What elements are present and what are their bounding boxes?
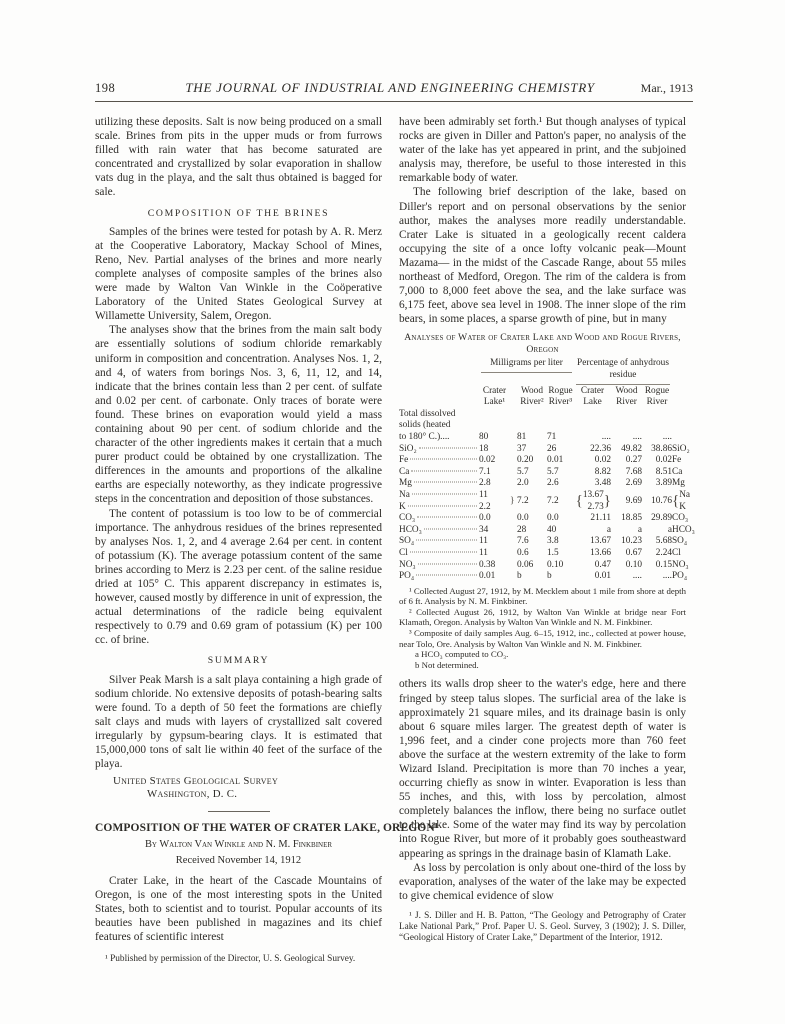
- row-label: CO₃: [399, 513, 415, 525]
- cell: 71: [547, 409, 574, 444]
- cell: 1.5: [547, 548, 574, 560]
- cell: 13.67: [583, 490, 604, 502]
- cell: 0.27: [611, 455, 642, 467]
- table-caption: Analyses of Water of Crater Lake and Woo…: [399, 332, 686, 355]
- dot-leader: [414, 482, 477, 483]
- cell: ....: [642, 409, 672, 444]
- signature-organization: United States Geological Survey: [113, 775, 382, 788]
- table-row: Total dissolved solids (heated to 180° C…: [399, 409, 698, 444]
- cell: 0.01: [574, 571, 611, 583]
- row-label: HCO₃: [399, 525, 422, 537]
- page-number: 198: [95, 81, 165, 96]
- row-symbol: NO₃: [672, 560, 698, 572]
- cell: 21.11: [574, 513, 611, 525]
- paragraph: have been admirably set forth.¹ But thou…: [399, 115, 686, 185]
- cell: 2.6: [547, 478, 574, 490]
- paragraph: others its walls drop sheer to the water…: [399, 677, 686, 860]
- cell: 7.2: [547, 490, 574, 513]
- cell: 0.15: [642, 560, 672, 572]
- table-caption-line2: Oregon: [526, 344, 558, 355]
- cell: 9.69: [611, 490, 642, 513]
- cell: 0.02: [574, 455, 611, 467]
- cell: b: [547, 571, 574, 583]
- group-underline: [481, 370, 572, 373]
- group-header-pct: Percentage of anhydrous residue: [574, 358, 672, 385]
- page-masthead: 198 THE JOURNAL OF INDUSTRIAL AND ENGINE…: [95, 80, 693, 102]
- section-heading: SUMMARY: [95, 654, 382, 668]
- page-footnote: ¹ J. S. Diller and H. B. Patton, “The Ge…: [399, 911, 686, 945]
- article-title: COMPOSITION OF THE WATER OF CRATER LAKE,…: [95, 821, 382, 835]
- column-header: Rogue River³: [547, 386, 574, 409]
- table-row: PO₄ 0.01 b b 0.01 .... .... PO₄: [399, 571, 698, 583]
- row-symbol: Mg: [672, 478, 698, 490]
- group-header-mg: Milligrams per liter: [479, 358, 574, 385]
- dot-leader: [408, 505, 477, 506]
- brace-glyph: {: [576, 494, 583, 509]
- row-symbol: HCO₃: [672, 525, 698, 537]
- journal-title: THE JOURNAL OF INDUSTRIAL AND ENGINEERIN…: [165, 80, 615, 96]
- row-label: K: [399, 502, 406, 514]
- paragraph: The analyses show that the brines from t…: [95, 323, 382, 506]
- cell: 0.0: [517, 513, 547, 525]
- received-date: Received November 14, 1912: [95, 854, 382, 868]
- cell: 2.73: [583, 502, 604, 514]
- cell: 7.1: [479, 467, 510, 479]
- table-row: SiO₂ 18 37 26 22.36 49.82 38.86 SiO₂: [399, 444, 698, 456]
- cell: 0.10: [547, 560, 574, 572]
- table-row: CO₃ 0.0 0.0 0.0 21.11 18.85 29.89 CO₃: [399, 513, 698, 525]
- table-row: Na 11 } 7.2 7.2 { 13.67 2.73 }: [399, 490, 698, 502]
- column-header: Crater Lake: [574, 386, 611, 409]
- brace-glyph: }: [510, 490, 517, 513]
- cell: 0.06: [517, 560, 547, 572]
- group-underline: [576, 382, 670, 385]
- row-label: Na: [399, 490, 410, 502]
- cell: 3.48: [574, 478, 611, 490]
- row-symbol: K: [679, 502, 690, 514]
- cell: 2.69: [611, 478, 642, 490]
- cell: a: [574, 525, 611, 537]
- cell: 34: [479, 525, 510, 537]
- paragraph: The content of potassium is too low to b…: [95, 507, 382, 648]
- cell: ....: [611, 571, 642, 583]
- column-header: Wood River: [611, 386, 642, 409]
- row-symbol: PO₄: [672, 571, 698, 583]
- cell: 29.89: [642, 513, 672, 525]
- dot-leader: [411, 470, 477, 471]
- table-footnote: ³ Composite of daily samples Aug. 6–15, …: [399, 628, 686, 649]
- cell: 37: [517, 444, 547, 456]
- table-column-header-row: Crater Lake¹ Wood River² Rogue River³ Cr…: [399, 386, 698, 409]
- signature-place: Washington, D. C.: [147, 788, 382, 801]
- row-symbol: SiO₂: [672, 444, 698, 456]
- row-symbol: Ca: [672, 467, 698, 479]
- table-row: NO₃ 0.38 0.06 0.10 0.47 0.10 0.15 NO₃: [399, 560, 698, 572]
- cell: 8.51: [642, 467, 672, 479]
- cell: 13.66: [574, 548, 611, 560]
- table-group-header-row: Milligrams per liter Percentage of anhyd…: [399, 358, 698, 385]
- dot-leader: [417, 517, 477, 518]
- two-column-body: utilizing these deposits. Salt is now be…: [95, 115, 693, 965]
- paragraph: utilizing these deposits. Salt is now be…: [95, 115, 382, 200]
- cell: 13.67: [574, 536, 611, 548]
- dot-leader: [412, 493, 477, 494]
- column-header: Crater Lake¹: [479, 386, 510, 409]
- cell: 11: [479, 490, 510, 502]
- journal-page: 198 THE JOURNAL OF INDUSTRIAL AND ENGINE…: [0, 0, 785, 1024]
- cell: 0.20: [517, 455, 547, 467]
- cell: ....: [642, 571, 672, 583]
- cell: 10.76: [642, 490, 672, 513]
- cell: 0.01: [547, 455, 574, 467]
- cell: 0.38: [479, 560, 510, 572]
- cell: 3.89: [642, 478, 672, 490]
- paragraph: Crater Lake, in the heart of the Cascade…: [95, 874, 382, 944]
- cell: 38.86: [642, 444, 672, 456]
- cell: 2.0: [517, 478, 547, 490]
- cell: 7.6: [517, 536, 547, 548]
- analyses-table: Milligrams per liter Percentage of anhyd…: [399, 358, 698, 582]
- cell: 5.7: [517, 467, 547, 479]
- cell: 0.0: [479, 513, 510, 525]
- row-symbol: CO₃: [672, 513, 698, 525]
- table-footnote: ² Collected August 26, 1912, by Walton V…: [399, 607, 686, 628]
- row-label: PO₄: [399, 571, 414, 583]
- table-footnote: a HCO₃ computed to CO₃.: [399, 649, 686, 660]
- row-label: Cl: [399, 548, 408, 560]
- cell: 40: [547, 525, 574, 537]
- table-caption-line1: Analyses of Water of Crater Lake and Woo…: [404, 332, 681, 343]
- article-divider: [208, 811, 270, 812]
- cell: 26: [547, 444, 574, 456]
- cell: 2.8: [479, 478, 510, 490]
- cell: 2.2: [479, 502, 510, 514]
- cell: 2.24: [642, 548, 672, 560]
- cell: 80: [479, 409, 510, 444]
- left-column: utilizing these deposits. Salt is now be…: [95, 115, 382, 965]
- cell: 0.10: [611, 560, 642, 572]
- dot-leader: [410, 551, 477, 552]
- table-footnote: ¹ Collected August 27, 1912, by M. Meckl…: [399, 586, 686, 607]
- cell: 11: [479, 548, 510, 560]
- table-row: HCO₃ 34 28 40 a a a HCO₃: [399, 525, 698, 537]
- row-label: NO₃: [399, 560, 416, 572]
- dot-leader: [416, 575, 477, 576]
- cell: 7.2: [517, 490, 547, 513]
- issue-date: Mar., 1913: [615, 81, 693, 96]
- paragraph: The following brief description of the l…: [399, 185, 686, 326]
- cell: ....: [574, 409, 611, 444]
- cell: 18.85: [611, 513, 642, 525]
- section-heading: COMPOSITION OF THE BRINES: [95, 207, 382, 221]
- table-footnotes: ¹ Collected August 27, 1912, by M. Meckl…: [399, 586, 686, 671]
- cell-group: { 13.67 2.73 }: [574, 490, 611, 513]
- cell: 3.8: [547, 536, 574, 548]
- cell: b: [517, 571, 547, 583]
- cell: 5.68: [642, 536, 672, 548]
- row-label: Ca: [399, 467, 409, 479]
- cell: 5.7: [547, 467, 574, 479]
- row-label: Total dissolved solids (heated to 180° C…: [399, 409, 479, 444]
- brace-glyph: }: [604, 494, 611, 509]
- row-symbol: Fe: [672, 455, 698, 467]
- cell: 8.82: [574, 467, 611, 479]
- row-symbol: Cl: [672, 548, 698, 560]
- paragraph: Samples of the brines were tested for po…: [95, 225, 382, 324]
- article-byline: By Walton Van Winkle and N. M. Finkbiner: [95, 838, 382, 852]
- row-label: SO₄: [399, 536, 414, 548]
- cell: 22.36: [574, 444, 611, 456]
- cell: a: [611, 525, 642, 537]
- dot-leader: [416, 540, 477, 541]
- row-label: SiO₂: [399, 444, 417, 456]
- cell-group: { Na K: [672, 490, 698, 513]
- cell: 11: [479, 536, 510, 548]
- brace-glyph: {: [672, 494, 679, 509]
- cell: 81: [517, 409, 547, 444]
- cell: 0.6: [517, 548, 547, 560]
- cell: 28: [517, 525, 547, 537]
- row-symbol: Na: [679, 490, 690, 502]
- dot-leader: [410, 459, 477, 460]
- row-label: Fe: [399, 455, 408, 467]
- table-row: SO₄ 11 7.6 3.8 13.67 10.23 5.68 SO₄: [399, 536, 698, 548]
- cell: 49.82: [611, 444, 642, 456]
- cell: 0.67: [611, 548, 642, 560]
- cell: 0.47: [574, 560, 611, 572]
- cell: 0.0: [547, 513, 574, 525]
- table-footnote: b Not determined.: [399, 660, 686, 671]
- dot-leader: [418, 563, 477, 564]
- paragraph: Silver Peak Marsh is a salt playa contai…: [95, 673, 382, 772]
- row-symbol: SO₄: [672, 536, 698, 548]
- row-label: Mg: [399, 478, 412, 490]
- dot-leader: [419, 447, 477, 448]
- cell: 7.68: [611, 467, 642, 479]
- cell: ....: [611, 409, 642, 444]
- cell: a: [642, 525, 672, 537]
- cell: 0.02: [642, 455, 672, 467]
- table-row: Cl 11 0.6 1.5 13.66 0.67 2.24 Cl: [399, 548, 698, 560]
- cell: 0.01: [479, 571, 510, 583]
- cell: 0.02: [479, 455, 510, 467]
- column-header: Rogue River: [642, 386, 672, 409]
- cell: 10.23: [611, 536, 642, 548]
- table-row: Mg 2.8 2.0 2.6 3.48 2.69 3.89 Mg: [399, 478, 698, 490]
- cell: 18: [479, 444, 510, 456]
- page-footnote: ¹ Published by permission of the Directo…: [95, 954, 382, 965]
- right-column: have been admirably set forth.¹ But thou…: [399, 115, 686, 965]
- dot-leader: [424, 528, 477, 529]
- column-header: Wood River²: [517, 386, 547, 409]
- table-row: Fe 0.02 0.20 0.01 0.02 0.27 0.02 Fe: [399, 455, 698, 467]
- table-row: Ca 7.1 5.7 5.7 8.82 7.68 8.51 Ca: [399, 467, 698, 479]
- paragraph: As loss by percolation is only about one…: [399, 861, 686, 903]
